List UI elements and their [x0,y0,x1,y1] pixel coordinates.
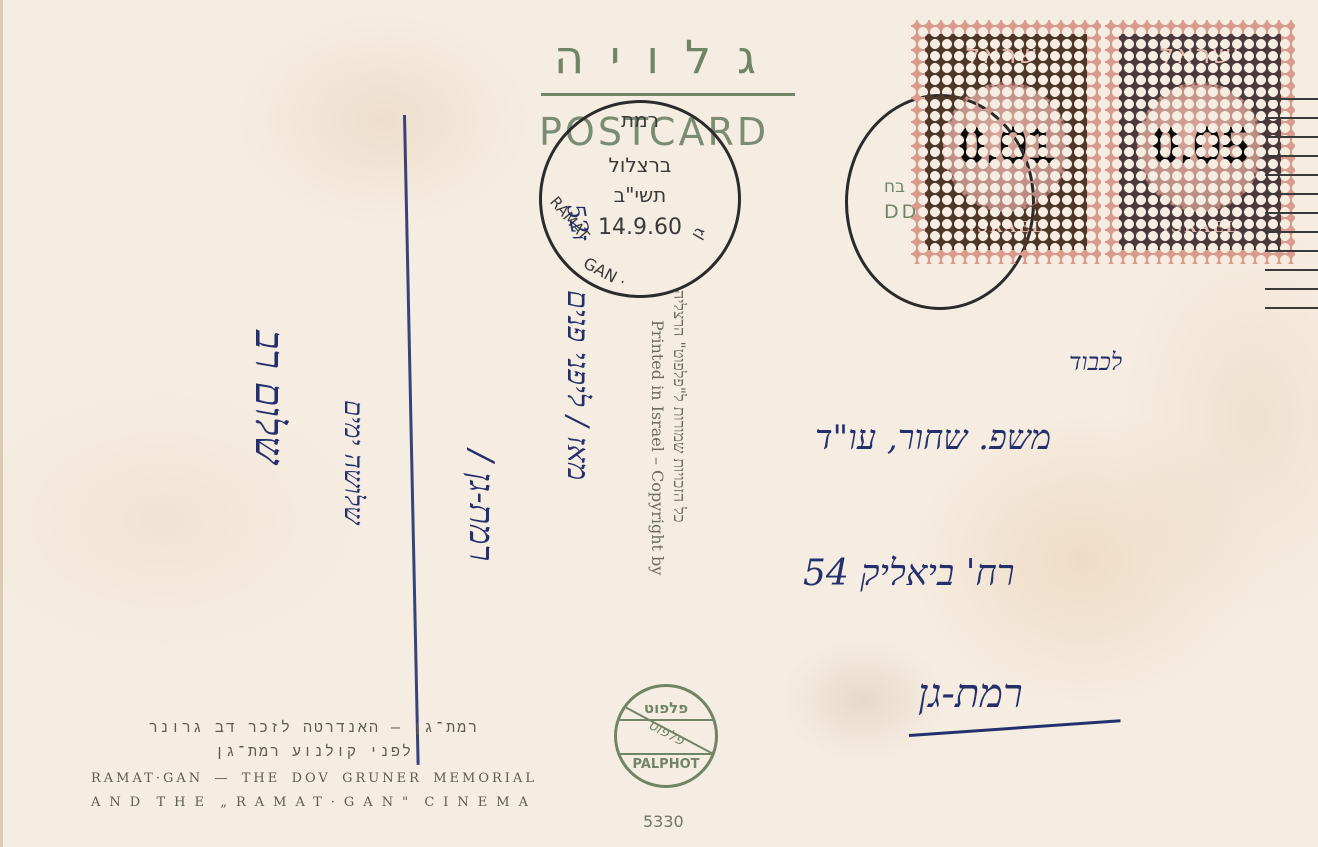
stamp-country-hebrew: ישראל [1119,40,1281,70]
message-line-4: מאז / ליפני פנים [560,290,595,480]
stamp-country-english: ISRAEL [925,218,1087,236]
message-line-1: שלום רב [246,330,293,464]
address-salutation: לכבוד [1069,348,1122,377]
cancel-line [1265,193,1318,195]
caption-word: — [214,771,230,786]
address-street: רח' ביאליק 54 [803,552,1015,594]
cancel-line [1265,269,1318,271]
caption-word: THE [156,795,213,810]
logo-script: פלפוט [645,717,686,749]
logo-rule-top [617,719,715,721]
message-line-3: רמת-גן / [461,450,501,561]
caption-word: „RAMAT·GAN" [220,795,417,810]
caption-word: MEMORIAL [433,771,537,786]
cancel-line [1265,250,1318,252]
postcard-back: גלויה POSTCARD רמת ברצלול תשי"ב 14.9.60 … [0,0,1318,847]
card-serial-number: 5330 [643,812,684,831]
cancel-line [1265,98,1318,100]
copyright-notice: כל הזכויות שמורות ל"פלפוט" הרצליה Printe… [631,290,691,670]
postmark-line1: ברצלול [542,153,738,177]
handwritten-divider [403,115,420,765]
stamp-country-english: ISRAEL [1119,218,1281,236]
stamp-overprint-value: 0.05 [1119,116,1281,176]
logo-english: PALPHOT [617,757,715,772]
caption-english-line1: RAMAT·GAN—THEDOVGRUNERMEMORIAL [91,771,537,786]
address-city: רמת-גן [918,670,1023,717]
cancel-line [1265,307,1318,309]
cancel-line [1265,136,1318,138]
postmark-ramat-gan: רמת ברצלול תשי"ב 14.9.60 RAMAT GAN · גן [539,100,741,298]
caption-word: DOV [292,771,331,786]
palphot-logo: פלפוט פלפוט PALPHOT [614,684,718,788]
copyright-english: Printed in Israel – Copyright by [648,320,667,575]
caption-english-line2: ANDTHE„RAMAT·GAN"CINEMA [91,795,537,810]
address-recipient: משפ. שחור, עו"ד [815,418,1051,458]
cancel-line [1265,288,1318,290]
stamp-overprint-value: 0.01 [925,116,1087,176]
postmark-second-hebrew: בח [884,177,905,197]
stamp-0-01: ישראל 0.01 ISRAEL [911,20,1101,264]
caption-hebrew-line2: לפני קולנוע רמת־גן [91,742,537,761]
logo-hebrew: פלפוט [617,699,715,717]
logo-rule-bottom [617,753,715,755]
caption-word: RAMAT·GAN [91,771,203,786]
postmark-ring-bottom: GAN · [580,253,629,291]
stamp-0-05: ישראל 0.05 ISRAEL [1105,20,1295,264]
cancel-line [1265,117,1318,119]
postmark-top-text: רמת [542,108,738,132]
caption-word: AND [91,795,149,810]
header-divider [541,93,795,96]
cancel-line [1265,212,1318,214]
cancel-line [1265,174,1318,176]
caption-word: CINEMA [424,795,537,810]
copyright-hebrew: כל הזכויות שמורות ל"פלפוט" הרצליה [669,290,689,522]
cancel-line [1265,231,1318,233]
caption-hebrew-line1: רמת־גן — האנדרטה לזכר דב גרונר [91,718,537,737]
address-underline [909,719,1121,737]
caption-word: THE [242,771,281,786]
caption-word: GRUNER [342,771,422,786]
postmark-line2: תשי"ב [542,183,738,207]
stamp-country-hebrew: ישראל [925,40,1087,70]
message-line-2: שלושה ימים [338,400,368,524]
message-note-mark: ז52 [560,202,595,244]
cancel-line [1265,155,1318,157]
postcard-title-hebrew: גלויה [543,30,793,84]
